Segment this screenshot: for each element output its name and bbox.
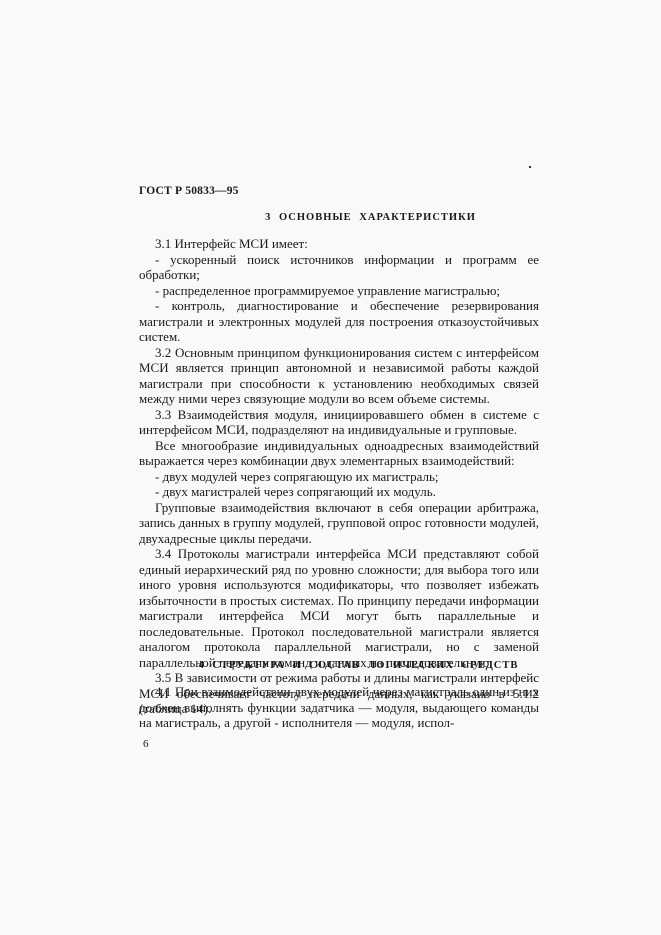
- paragraph-3-4: 3.4 Протоколы магистрали интерфейса МСИ …: [139, 546, 539, 670]
- paragraph-3-2: 3.2 Основным принципом функционирования …: [139, 345, 539, 407]
- section-4-body: 4.1 При взаимодействии двух модулей чере…: [139, 684, 539, 731]
- page-number: 6: [143, 738, 149, 750]
- paragraph-3-3: 3.3 Взаимодействия модуля, инициировавше…: [139, 407, 539, 438]
- list-item: - двух модулей через сопрягающую их маги…: [139, 469, 539, 485]
- section-3-title: 3 ОСНОВНЫЕ ХАРАКТЕРИСТИКИ: [40, 212, 661, 223]
- list-item: - распределенное программируемое управле…: [139, 283, 539, 299]
- list-item: - ускоренный поиск источников информации…: [139, 252, 539, 283]
- section-3-body: 3.1 Интерфейс МСИ имеет: - ускоренный по…: [139, 236, 539, 717]
- section-4-title: 4 СТРУКТУРА И СОСТАВ ЛОГИЧЕСКИХ СРЕДСТВ: [28, 660, 661, 671]
- paragraph: Все многообразие индивидуальных одноадре…: [139, 438, 539, 469]
- paragraph: Групповые взаимодействия включают в себя…: [139, 500, 539, 547]
- paragraph-3-1: 3.1 Интерфейс МСИ имеет:: [139, 236, 539, 252]
- document-header: ГОСТ Р 50833—95: [139, 185, 239, 197]
- paragraph-4-1: 4.1 При взаимодействии двух модулей чере…: [139, 684, 539, 731]
- list-item: - двух магистралей через сопрягающий их …: [139, 484, 539, 500]
- list-item: - контроль, диагностирование и обеспечен…: [139, 298, 539, 345]
- scan-speck: [529, 166, 531, 168]
